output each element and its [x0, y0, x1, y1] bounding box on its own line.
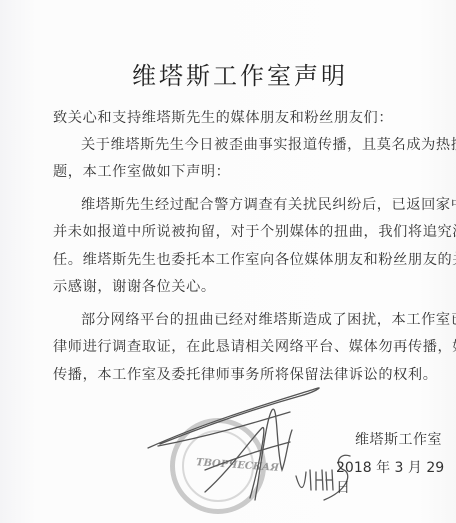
paragraph-1-line-1: 关于维塔斯先生今日被歪曲事实报道传播，且莫名成为热搜话	[81, 136, 456, 154]
signature-date: 2018 年 3 月 29 日	[336, 457, 456, 497]
paragraph-2-line-3: 任。维塔斯先生也委托本工作室向各位媒体朋友和粉丝朋友的关心表	[53, 251, 456, 269]
document-title: 维塔斯工作室声明	[0, 56, 456, 91]
paragraph-2-line-2: 并未如报道中所说被拘留，对于个别媒体的扭曲，我们将追究法律责	[53, 223, 456, 241]
paragraph-3-line-3: 传播，本工作室及委托律师事务所将保留法律诉讼的权利。	[53, 366, 437, 384]
signature-organization: 维塔斯工作室	[355, 429, 442, 449]
paragraph-2-line-4: 示感谢，谢谢各位关心。	[53, 278, 216, 296]
paragraph-2-line-1: 维塔斯先生经过配合警方调查有关扰民纠纷后，已返回家中，	[81, 196, 456, 214]
paragraph-3-line-2: 律师进行调查取证，在此恳请相关网络平台、媒体勿再传播，如蓄意	[53, 338, 456, 356]
document-page: 维塔斯工作室声明 致关心和支持维塔斯先生的媒体朋友和粉丝朋友们： 关于维塔斯先生…	[0, 0, 456, 523]
salutation: 致关心和支持维塔斯先生的媒体朋友和粉丝朋友们：	[53, 109, 393, 127]
paragraph-3-line-1: 部分网络平台的扭曲已经对维塔斯造成了困扰，本工作室已委托	[81, 311, 456, 329]
paragraph-1-line-2: 题，本工作室做如下声明：	[53, 163, 230, 181]
